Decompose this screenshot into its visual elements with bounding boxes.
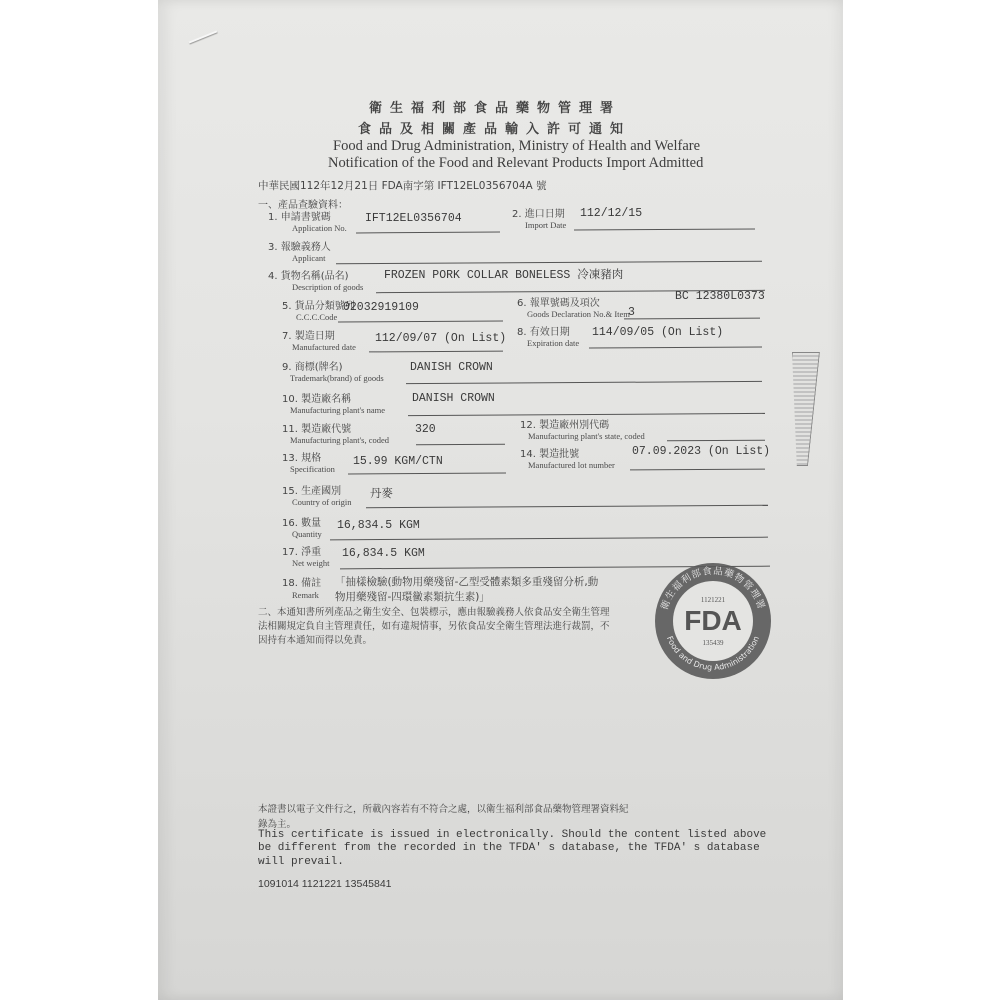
- field-7-label-en: Manufactured date: [292, 342, 356, 352]
- section2-line1: 二、本通知書所列產品之衛生安全、包裝標示，應由報驗義務人依食品安全衛生管理: [258, 604, 610, 618]
- field-8-label-en: Expiration date: [527, 338, 579, 348]
- field-4-label-en: Description of goods: [292, 282, 363, 292]
- field-5-value: 02032919109: [343, 301, 419, 314]
- field-17-label-en: Net weight: [292, 558, 330, 568]
- field-9-value: DANISH CROWN: [410, 361, 493, 374]
- agency-title-zh: 衛生福利部食品藥物管理署: [369, 97, 621, 116]
- field-10-label-en: Manufacturing plant's name: [290, 405, 385, 415]
- field-1-label-zh: 1. 申請書號碼: [268, 208, 331, 223]
- field-10-label-zh: 10. 製造廠名稱: [282, 390, 351, 405]
- field-18-label-zh: 18. 備註: [282, 574, 321, 589]
- field-6-label-en: Goods Declaration No.& Item: [527, 309, 630, 319]
- field-2-label-en: Import Date: [525, 220, 566, 230]
- field-7-value: 112/09/07 (On List): [375, 332, 506, 345]
- footer-note-en-3: will prevail.: [258, 856, 344, 868]
- field-13-value: 15.99 KGM/CTN: [353, 455, 443, 468]
- field-2-label-zh: 2. 進口日期: [512, 205, 565, 220]
- section2-line2: 法相關規定負自主管理責任，如有違規情事，另依食品安全衛生管理法進行裁罰，不: [258, 618, 610, 632]
- field-17-label-zh: 17. 淨重: [282, 543, 321, 558]
- footer-note-en-2: be different from the recorded in the TF…: [258, 842, 760, 854]
- field-4-value: FROZEN PORK COLLAR BONELESS 冷凍豬肉: [384, 266, 623, 282]
- field-17-value: 16,834.5 KGM: [342, 547, 425, 560]
- field-11-label-zh: 11. 製造廠代號: [282, 420, 351, 435]
- field-5-label-en: C.C.C.Code: [296, 312, 337, 322]
- field-12-label-zh: 12. 製造廠州別代碼: [520, 416, 609, 431]
- field-13-label-en: Specification: [290, 464, 335, 474]
- field-16-label-en: Quantity: [292, 529, 322, 539]
- field-3-label-zh: 3. 報驗義務人: [268, 238, 331, 253]
- field-8-label-zh: 8. 有效日期: [517, 323, 570, 338]
- field-15-label-zh: 15. 生產國別: [282, 482, 341, 497]
- field-9-label-zh: 9. 商標(牌名): [282, 358, 343, 373]
- field-9-label-en: Trademark(brand) of goods: [290, 373, 384, 383]
- seal-code-bottom: 135439: [703, 639, 725, 647]
- field-11-label-en: Manufacturing plant's, coded: [290, 435, 389, 445]
- agency-title-en: Food and Drug Administration, Ministry o…: [333, 138, 700, 155]
- field-6-value: BC 12380L0373: [675, 290, 765, 303]
- field-14-label-en: Manufactured lot number: [528, 460, 615, 470]
- field-6-label-zh: 6. 報單號碼及項次: [517, 294, 600, 309]
- footer-codes: 1091014 1121221 13545841: [258, 878, 392, 890]
- section2-line3: 因持有本通知而得以免責。: [258, 632, 372, 646]
- footer-note-en-1: This certificate is issued in electronic…: [258, 829, 766, 841]
- field-12-label-en: Manufacturing plant's state, coded: [528, 431, 645, 441]
- field-15-label-en: Country of origin: [292, 497, 352, 507]
- field-10-value: DANISH CROWN: [412, 392, 495, 405]
- field-18-label-en: Remark: [292, 590, 319, 600]
- field-14-value: 07.09.2023 (On List): [632, 445, 770, 458]
- field-6-item-value: 3: [628, 306, 635, 319]
- field-3-label-en: Applicant: [292, 253, 326, 263]
- field-2-value: 112/12/15: [580, 207, 642, 220]
- field-18-remark-line2: 物用藥殘留-四環黴素類抗生素)」: [335, 589, 490, 604]
- field-18-remark-line1: 「抽樣檢驗(動物用藥殘留-乙型受體素類多重殘留分析,動: [335, 574, 598, 589]
- seal-fda-logo: FDA: [684, 605, 742, 636]
- field-1-label-en: Application No.: [292, 223, 347, 233]
- seal-code-top: 1121221: [701, 596, 726, 604]
- field-16-value: 16,834.5 KGM: [337, 519, 420, 532]
- footer-note-zh-2: 錄為主。: [258, 816, 296, 830]
- field-1-value: IFT12EL0356704: [365, 212, 462, 225]
- field-4-label-zh: 4. 貨物名稱(品名): [268, 267, 349, 282]
- field-11-value: 320: [415, 423, 436, 436]
- field-14-label-zh: 14. 製造批號: [520, 445, 579, 460]
- field-8-value: 114/09/05 (On List): [592, 326, 723, 339]
- notice-title-en: Notification of the Food and Relevant Pr…: [328, 155, 703, 172]
- footer-note-zh-1: 本證書以電子文件行之，所載內容若有不符合之處，以衛生福利部食品藥物管理署資料紀: [258, 801, 629, 815]
- field-7-label-zh: 7. 製造日期: [282, 327, 335, 342]
- reference-line: 中華民國112年12月21日 FDA南字第 IFT12EL0356704A 號: [258, 178, 547, 193]
- field-15-value: 丹麥: [370, 485, 393, 501]
- field-16-label-zh: 16. 數量: [282, 514, 321, 529]
- notice-title-zh: 食品及相關產品輸入許可通知: [358, 118, 631, 137]
- field-13-label-zh: 13. 規格: [282, 449, 321, 464]
- fda-seal-stamp: 衛生福利部食品藥物管理署 Food and Drug Administratio…: [652, 560, 774, 682]
